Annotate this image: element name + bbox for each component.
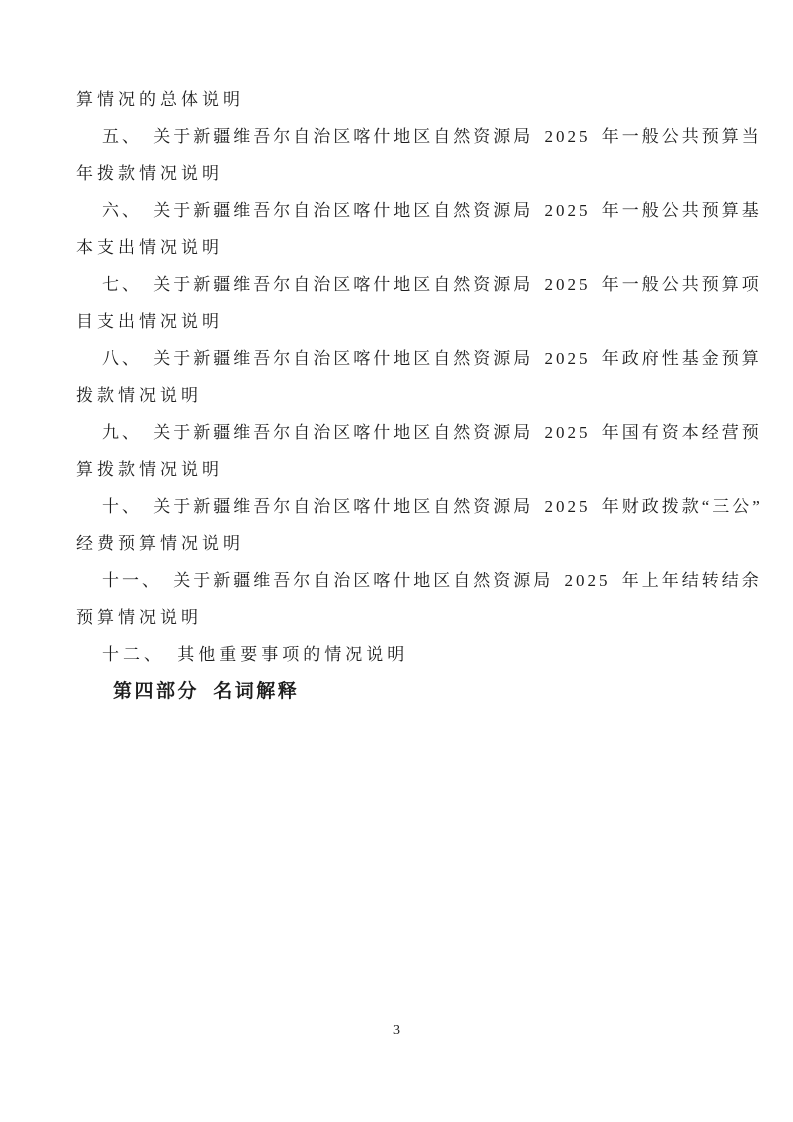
page-number: 3	[393, 1023, 400, 1038]
toc-item-5-line-1: 五、 关于新疆维吾尔自治区喀什地区自然资源局 2025 年一般公共预算当	[76, 118, 717, 155]
toc-item-8-line-2: 拨款情况说明	[76, 377, 717, 414]
toc-item-9-line-2: 算拨款情况说明	[76, 451, 717, 488]
toc-item-11-line-2: 预算情况说明	[76, 599, 717, 636]
toc-item-5-line-2: 年拨款情况说明	[76, 155, 717, 192]
toc-item-6-line-1: 六、 关于新疆维吾尔自治区喀什地区自然资源局 2025 年一般公共预算基	[76, 192, 717, 229]
page-footer: 3	[0, 1022, 793, 1040]
toc-item-6-line-2: 本支出情况说明	[76, 229, 717, 266]
toc-item-8-line-1: 八、 关于新疆维吾尔自治区喀什地区自然资源局 2025 年政府性基金预算	[76, 340, 717, 377]
section-4-heading: 第四部分 名词解释	[76, 673, 717, 710]
toc-item-11-line-1: 十一、 关于新疆维吾尔自治区喀什地区自然资源局 2025 年上年结转结余	[76, 562, 717, 599]
table-of-contents: 算情况的总体说明 五、 关于新疆维吾尔自治区喀什地区自然资源局 2025 年一般…	[76, 81, 717, 710]
toc-item-7-line-1: 七、 关于新疆维吾尔自治区喀什地区自然资源局 2025 年一般公共预算项	[76, 266, 717, 303]
toc-item-12: 十二、 其他重要事项的情况说明	[76, 636, 717, 673]
toc-item-10-line-2: 经费预算情况说明	[76, 525, 717, 562]
toc-item-4-continuation: 算情况的总体说明	[76, 81, 717, 118]
toc-item-9-line-1: 九、 关于新疆维吾尔自治区喀什地区自然资源局 2025 年国有资本经营预	[76, 414, 717, 451]
document-page: 算情况的总体说明 五、 关于新疆维吾尔自治区喀什地区自然资源局 2025 年一般…	[0, 0, 793, 1122]
toc-item-10-line-1: 十、 关于新疆维吾尔自治区喀什地区自然资源局 2025 年财政拨款“三公”	[76, 488, 717, 525]
toc-item-7-line-2: 目支出情况说明	[76, 303, 717, 340]
